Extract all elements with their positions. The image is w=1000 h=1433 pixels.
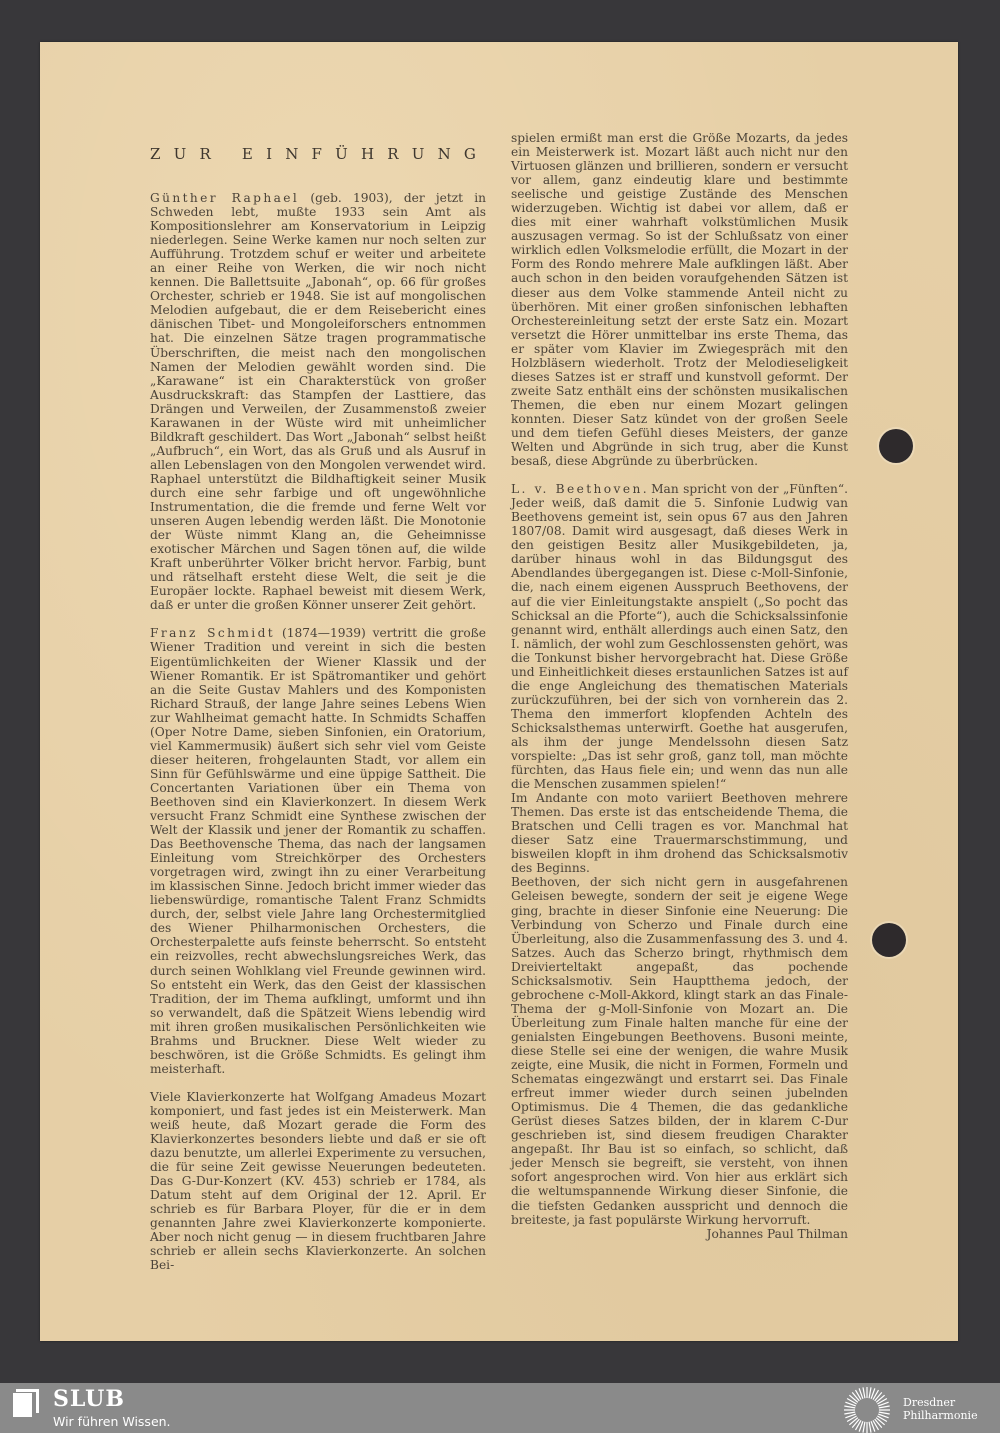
punch-hole-bottom (872, 923, 906, 957)
paragraph-scherzo-finale: Beethoven, der sich nicht gern in ausgef… (511, 875, 848, 1226)
composer-name: Franz Schmidt (150, 626, 275, 640)
punch-hole-top (879, 429, 913, 463)
composer-name: L. v. Beethoven (511, 482, 643, 496)
paragraph-text: (1874—1939) vertritt die große Wiener Tr… (150, 626, 486, 1075)
paragraph-schmidt: Franz Schmidt (1874—1939) vertritt die g… (150, 626, 486, 1076)
left-column: ZUR EINFÜHRUNG Günther Raphael (geb. 190… (150, 144, 486, 1273)
page-heading: ZUR EINFÜHRUNG (150, 144, 486, 164)
paragraph-raphael: Günther Raphael (geb. 1903), der jetzt i… (150, 191, 486, 612)
slub-book-icon (13, 1389, 39, 1417)
partner-name-line2: Philharmonie (903, 1409, 978, 1422)
paragraph-text: Beethoven, der sich nicht gern in ausgef… (511, 875, 848, 1226)
author-signature: Johannes Paul Thilman (511, 1227, 848, 1241)
paragraph-mozart-intro: Viele Klavierkonzerte hat Wolfgang Amade… (150, 1090, 486, 1273)
philharmonie-sunburst-icon (842, 1385, 892, 1433)
library-tagline: Wir führen Wissen. (53, 1414, 171, 1429)
composer-name: Günther Raphael (150, 191, 299, 205)
paragraph-text: . Man spricht von der „Fünften“. Jeder w… (511, 482, 848, 791)
paragraph-text: Im Andante con moto variiert Beethoven m… (511, 791, 848, 875)
scanned-page: ZUR EINFÜHRUNG Günther Raphael (geb. 190… (40, 42, 958, 1341)
paragraph-andante: Im Andante con moto variiert Beethoven m… (511, 791, 848, 875)
paragraph-text: Viele Klavierkonzerte hat Wolfgang Amade… (150, 1090, 486, 1273)
library-name: SLUB (53, 1386, 125, 1412)
paragraph-beethoven: L. v. Beethoven. Man spricht von der „Fü… (511, 482, 848, 791)
right-column: spielen ermißt man erst die Größe Mozart… (511, 131, 848, 1255)
footer-bar: SLUB Wir führen Wissen. (0, 1383, 1000, 1433)
partner-name-line1: Dresdner (903, 1396, 978, 1409)
paragraph-mozart-cont: spielen ermißt man erst die Größe Mozart… (511, 131, 848, 468)
paragraph-text: (geb. 1903), der jetzt in Schweden lebt,… (150, 191, 486, 612)
partner-name: Dresdner Philharmonie (903, 1396, 978, 1422)
paragraph-text: spielen ermißt man erst die Größe Mozart… (511, 131, 848, 468)
